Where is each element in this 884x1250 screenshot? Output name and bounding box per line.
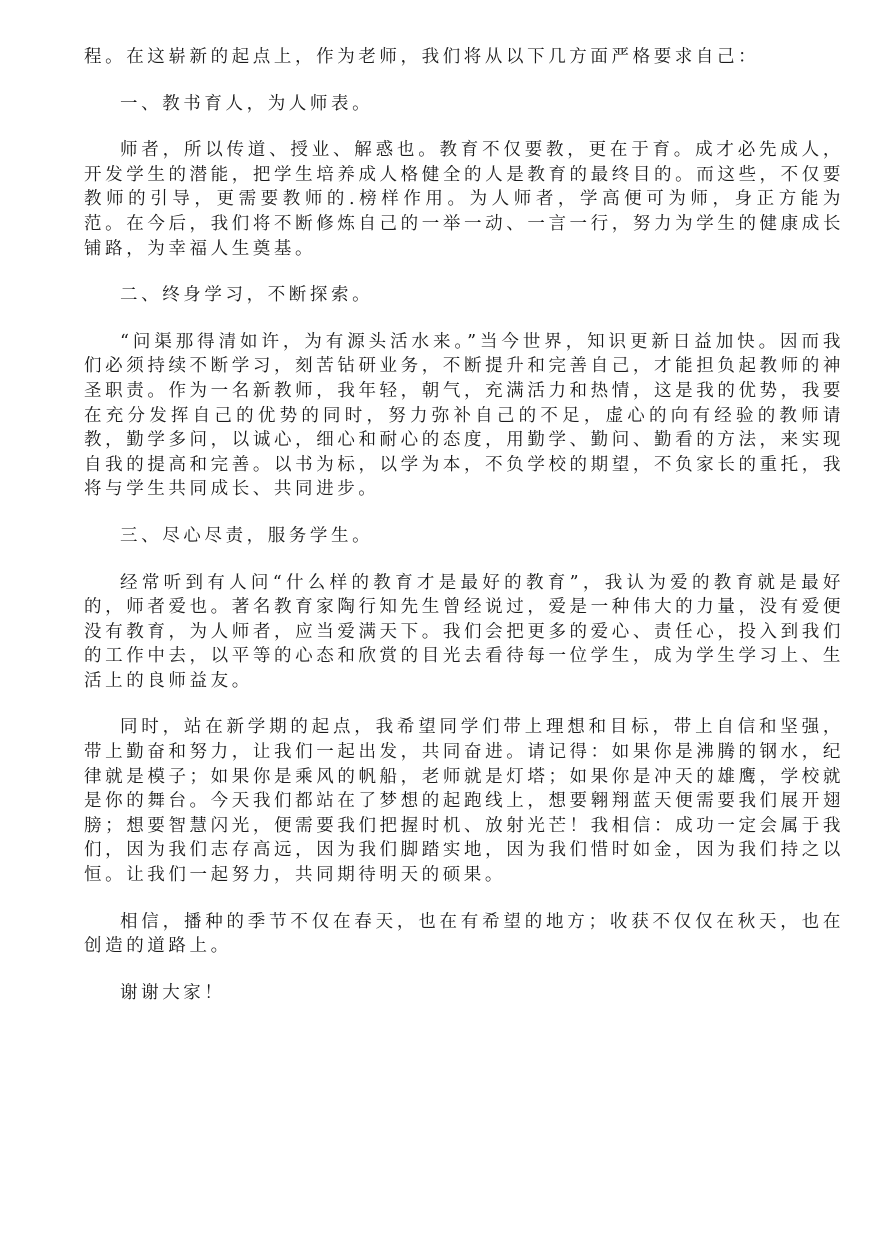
- closing-thanks: 谢谢大家！: [84, 981, 844, 1006]
- paragraph-section-2: “问渠那得清如许，为有源头活水来。”当今世界，知识更新日益加快。因而我们必须持续…: [84, 330, 844, 502]
- section-heading-1: 一、教书育人，为人师表。: [84, 92, 844, 117]
- paragraph-intro-continued: 程。在这崭新的起点上，作为老师，我们将从以下几方面严格要求自己：: [84, 45, 844, 70]
- paragraph-section-3: 经常听到有人问“什么样的教育才是最好的教育”，我认为爱的教育就是最好的，师者爱也…: [84, 571, 844, 694]
- paragraph-section-1: 师者，所以传道、授业、解惑也。教育不仅要教，更在于育。成才必先成人，开发学生的潜…: [84, 138, 844, 261]
- paragraph-conclusion: 相信，播种的季节不仅在春天，也在有希望的地方；收获不仅仅在秋天，也在创造的道路上…: [84, 910, 844, 959]
- document-page: 程。在这崭新的起点上，作为老师，我们将从以下几方面严格要求自己： 一、教书育人，…: [84, 45, 844, 1005]
- section-heading-2: 二、终身学习，不断探索。: [84, 283, 844, 308]
- paragraph-encouragement: 同时，站在新学期的起点，我希望同学们带上理想和目标，带上自信和坚强，带上勤奋和努…: [84, 715, 844, 887]
- section-heading-3: 三、尽心尽责，服务学生。: [84, 524, 844, 549]
